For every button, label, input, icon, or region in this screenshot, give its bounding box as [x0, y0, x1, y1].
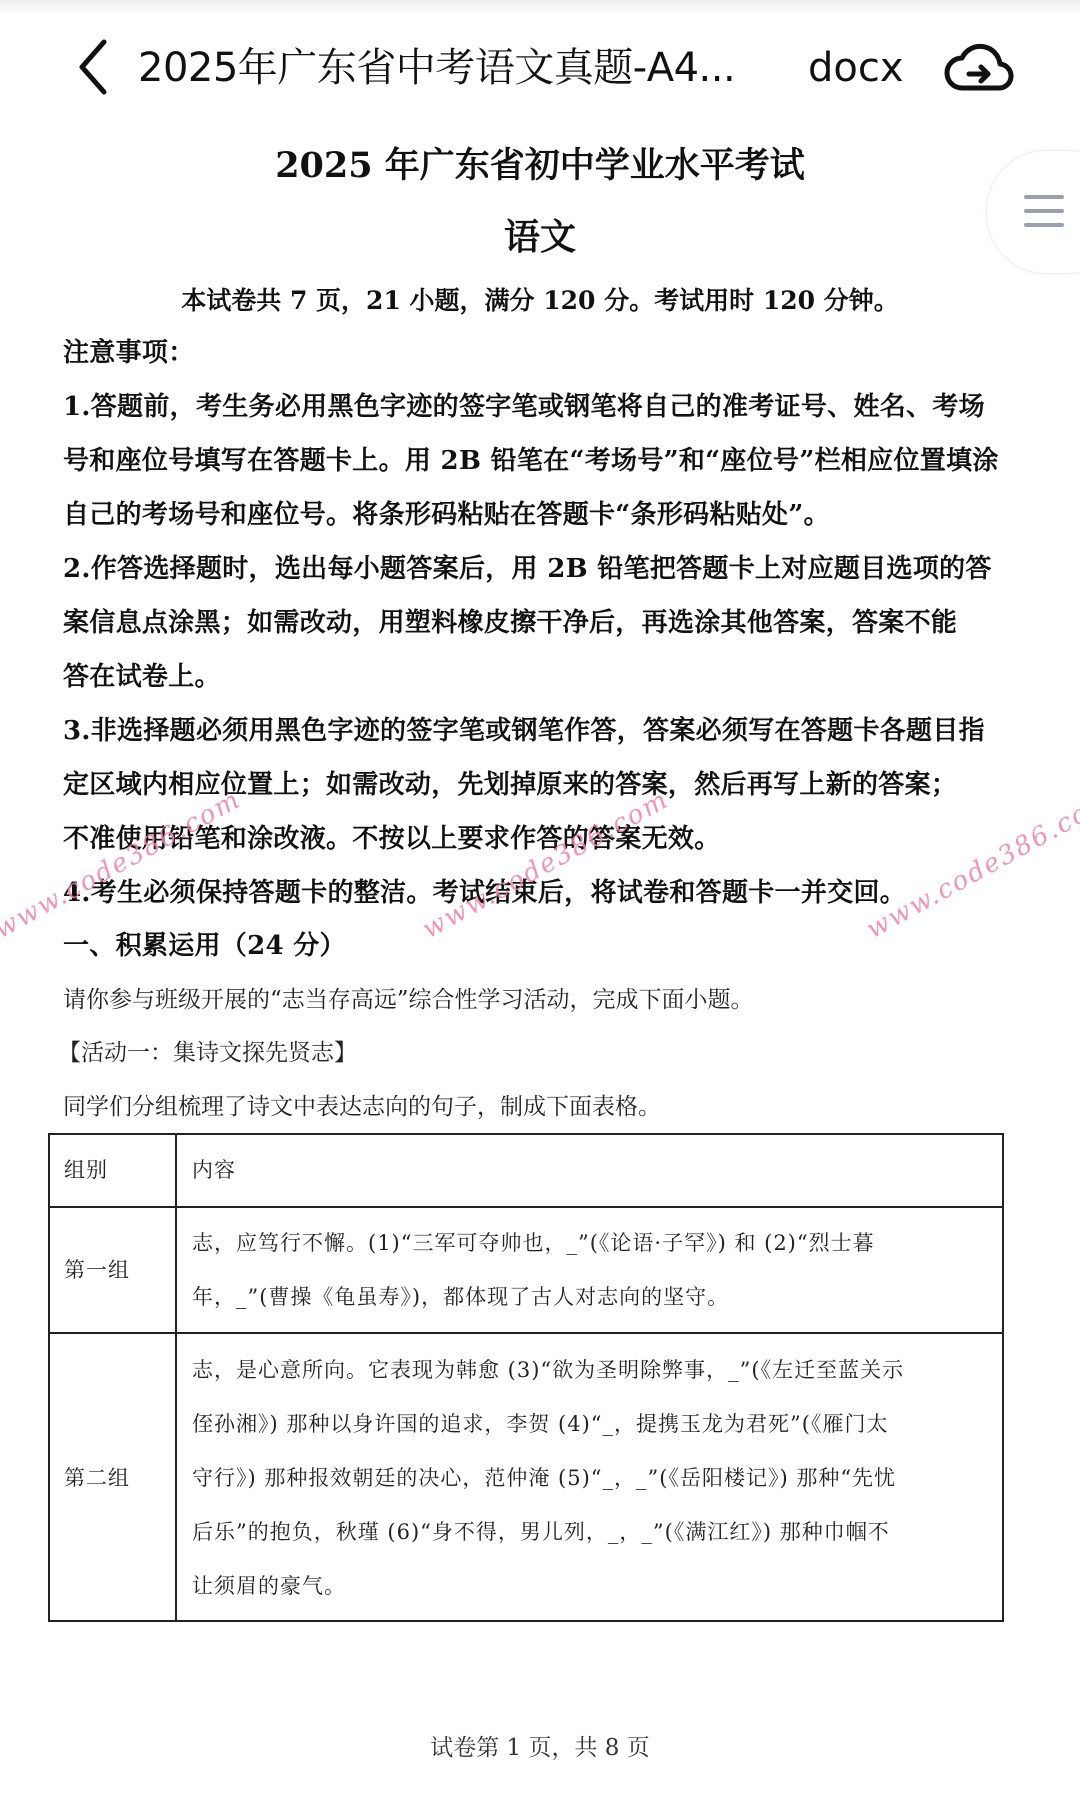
exam-title: 2025 年广东省初中学业水平考试	[0, 142, 1080, 190]
table-row-group: 第一组	[64, 1255, 130, 1285]
page-footer: 试卷第 1 页，共 8 页	[0, 1732, 1080, 1764]
table-row-group: 第二组	[64, 1463, 130, 1493]
notice-line: 号和座位号填写在答题卡上。用 2B 铅笔在“考场号”和“座位号”栏相应位置填涂	[63, 443, 999, 479]
notice-line: 2.作答选择题时，选出每小题答案后，用 2B 铅笔把答题卡上对应题目选项的答	[63, 551, 992, 587]
table-cell-line: 年，_”(曹操《龟虽寿》)，都体现了古人对志向的坚守。	[192, 1282, 729, 1312]
table-row-divider	[48, 1206, 1004, 1208]
exam-info: 本试卷共 7 页，21 小题，满分 120 分。考试用时 120 分钟。	[0, 284, 1080, 318]
document-title: 2025年广东省中考语文真题-A4...	[138, 40, 735, 96]
table-cell-line: 志，应笃行不懈。(1)“三军可夺帅也，_”(《论语·子罕》) 和 (2)“烈士暮	[192, 1228, 875, 1258]
notice-heading: 注意事项：	[63, 335, 195, 371]
table-cell-line: 守行》) 那种报效朝廷的决心，范仲淹 (5)“_，_”(《岳阳楼记》) 那种“先…	[192, 1463, 896, 1493]
table-cell-line: 让须眉的豪气。	[192, 1571, 346, 1601]
table-cell-line: 侄孙湘》) 那种以身许国的追求，李贺 (4)“_，提携玉龙为君死”(《雁门太	[192, 1409, 888, 1439]
exam-subject: 语文	[0, 213, 1080, 261]
table-header-content: 内容	[192, 1155, 236, 1185]
status-bar-shadow	[0, 0, 1080, 14]
activity-title: 【活动一：集诗文探先贤志】	[58, 1036, 357, 1070]
chevron-left-icon	[72, 38, 116, 96]
cloud-arrow-icon	[944, 36, 1014, 98]
notice-line: 3.非选择题必须用黑色字迹的签字笔或钢笔作答，答案必须写在答题卡各题目指	[63, 713, 985, 749]
document-extension: docx	[808, 40, 904, 96]
cloud-upload-button[interactable]	[944, 36, 1014, 98]
section-heading: 一、积累运用（24 分）	[63, 928, 346, 964]
table-header-group: 组别	[64, 1155, 108, 1185]
notice-line: 1.答题前，考生务必用黑色字迹的签字笔或钢笔将自己的准考证号、姓名、考场	[63, 389, 985, 425]
activity-intro: 请你参与班级开展的“志当存高远”综合性学习活动，完成下面小题。	[63, 983, 754, 1017]
watermark: www.code386.com	[0, 784, 246, 945]
table-cell-line: 后乐”的抱负，秋瑾 (6)“身不得，男儿列，_，_”(《满江红》) 那种巾帼不	[192, 1517, 890, 1547]
watermark: www.code386.com	[861, 784, 1080, 945]
notice-line: 自己的考场号和座位号。将条形码粘贴在答题卡“条形码粘贴处”。	[63, 497, 830, 533]
notice-line: 答在试卷上。	[63, 659, 221, 695]
watermark: www.code386.com	[417, 784, 674, 945]
table-cell-line: 志，是心意所向。它表现为韩愈 (3)“欲为圣明除弊事，_”(《左迁至蓝关示	[192, 1355, 904, 1385]
notice-line: 案信息点涂黑；如需改动，用塑料橡皮擦干净后，再选涂其他答案，答案不能	[63, 605, 957, 641]
table-intro: 同学们分组梳理了诗文中表达志向的句子，制成下面表格。	[63, 1090, 661, 1124]
notice-line: 定区域内相应位置上；如需改动，先划掉原来的答案，然后再写上新的答案；	[63, 767, 957, 803]
back-button[interactable]	[72, 38, 116, 96]
table-row-divider	[48, 1332, 1004, 1334]
